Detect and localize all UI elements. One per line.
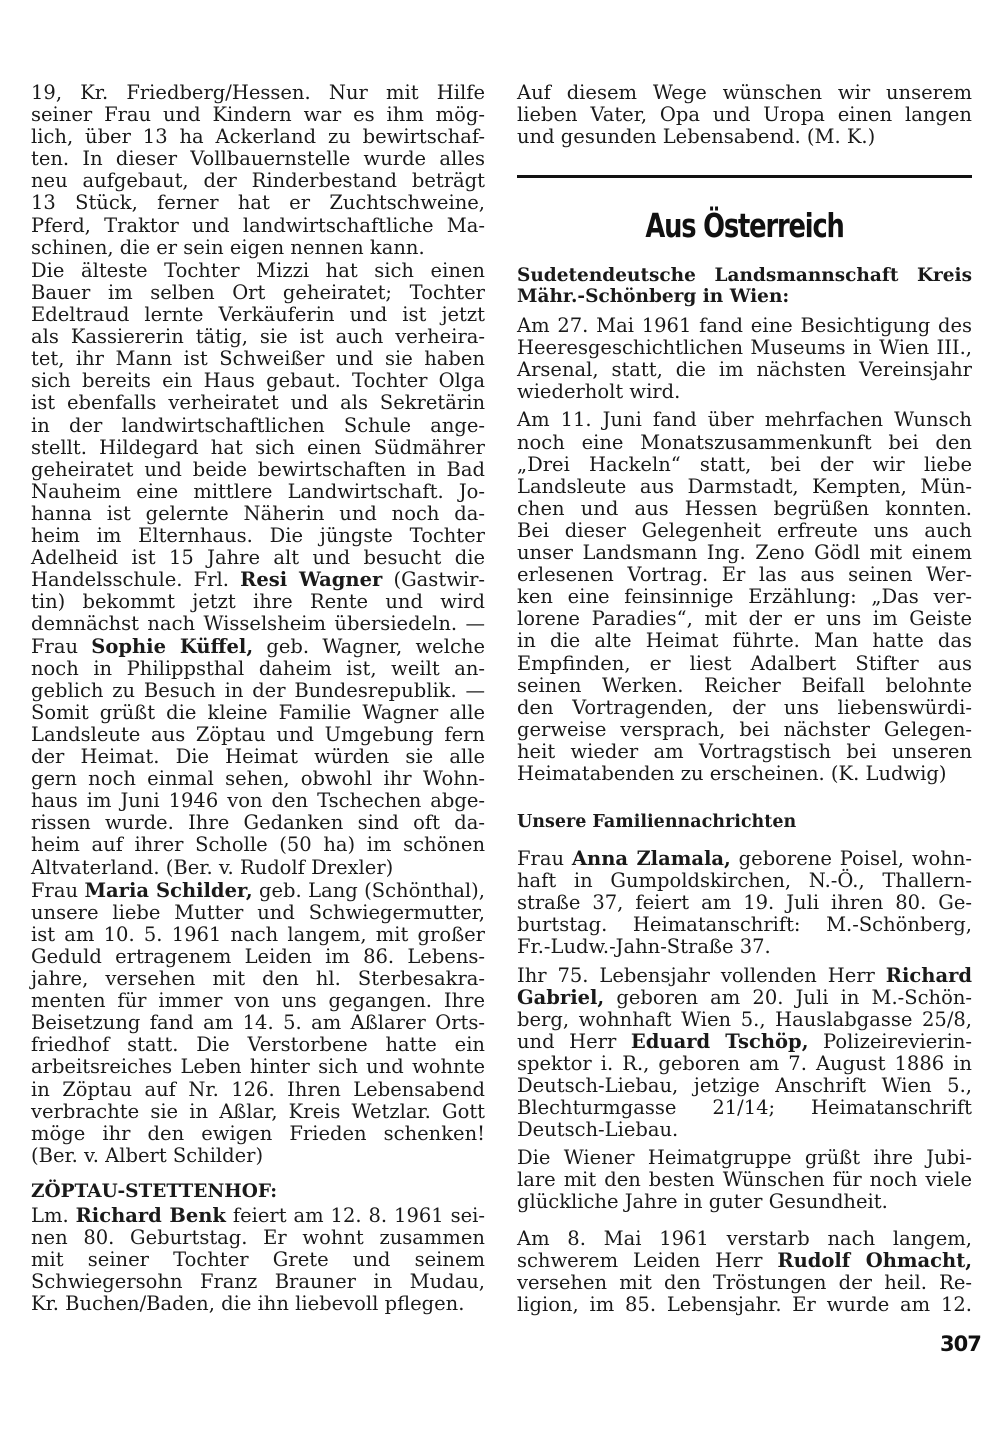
paragraph-line: in die alte Heimat führte. Man hatte das: [517, 630, 972, 652]
paragraph-line: glückliche Jahre in guter Gesundheit.: [517, 1191, 972, 1213]
paragraph-line: heit wieder am Vortragstisch bei unseren: [517, 741, 972, 763]
paragraph-line: tin) bekommt jetzt ihre Rente und wird: [31, 591, 485, 613]
paragraph-line: rissen wurde. Ihre Gedanken sind oft da-: [31, 812, 485, 834]
paragraph-line: lare mit den besten Wünschen für noch vi…: [517, 1169, 972, 1191]
paragraph-line: Geduld ertragenem Leiden im 86. Lebens-: [31, 946, 485, 968]
paragraph-line: Heeresgeschichtlichen Museums in Wien II…: [517, 337, 972, 359]
paragraph-line: unsere liebe Mutter und Schwiegermutter,: [31, 902, 485, 924]
paragraph-line: Nauheim eine mittlere Landwirtschaft. Jo…: [31, 481, 485, 503]
paragraph-line: Kr. Buchen/Baden, die ihn liebevoll pfle…: [31, 1293, 485, 1315]
bold-name: Rudolf Ohmacht,: [777, 1249, 972, 1272]
paragraph-line: Schwiegersohn Franz Brauner in Mudau,: [31, 1271, 485, 1293]
paragraph-line: berg, wohnhaft Wien 5., Hauslabgasse 25/…: [517, 1009, 972, 1031]
paragraph-line: Deutsch-Liebau, jetzige Anschrift Wien 5…: [517, 1075, 972, 1097]
paragraph-line: 13 Stück, ferner hat er Zuchtschweine,: [31, 192, 485, 214]
paragraph-line: Adelheid ist 15 Jahre alt und besucht di…: [31, 547, 485, 569]
bold-name: Richard: [886, 964, 972, 987]
paragraph-line: noch eine Monatszusammenkunft bei den: [517, 432, 972, 454]
paragraph-line: lich, über 13 ha Ackerland zu bewirtscha…: [31, 126, 485, 148]
paragraph-line: tet, ihr Mann ist Schweißer und sie habe…: [31, 348, 485, 370]
paragraph-line: „Drei Hackeln“ statt, bei der wir liebe: [517, 454, 972, 476]
paragraph-line: Frau Sophie Küffel, geb. Wagner, welche: [31, 636, 485, 658]
paragraph-line: Bei dieser Gelegenheit erfreute uns auch: [517, 520, 972, 542]
paragraph-line: den Vortragenden, der uns liebenswürdi-: [517, 697, 972, 719]
paragraph-line: seiner Frau und Kindern war es ihm mög-: [31, 104, 485, 126]
paragraph-line: Somit grüßt die kleine Familie Wagner al…: [31, 702, 485, 724]
section-title: Aus Österreich: [567, 206, 922, 245]
paragraph-line: (Ber. v. Albert Schilder): [31, 1145, 485, 1167]
paragraph-line: schinen, die er sein eigen nennen kann.: [31, 237, 485, 259]
paragraph-line: Am 8. Mai 1961 verstarb nach langem,: [517, 1228, 972, 1250]
bold-name: Maria Schilder,: [84, 879, 252, 902]
paragraph-line: chen und aus Hessen begrüßen konnten.: [517, 498, 972, 520]
paragraph-line: heim auf ihrer Scholle (50 ha) im schöne…: [31, 834, 485, 856]
paragraph-line: Pferd, Traktor und landwirtschaftliche M…: [31, 215, 485, 237]
paragraph-line: Landsleute aus Darmstadt, Kempten, Mün-: [517, 476, 972, 498]
paragraph-line: ken eine feinsinnige Erzählung: „Das ver…: [517, 586, 972, 608]
paragraph-line: möge ihr den ewigen Frieden schenken!: [31, 1123, 485, 1145]
paragraph-line: haus im Juni 1946 von den Tschechen abge…: [31, 790, 485, 812]
paragraph-line: ligion, im 85. Lebensjahr. Er wurde am 1…: [517, 1294, 972, 1316]
paragraph-line: schwerem Leiden Herr Rudolf Ohmacht,: [517, 1250, 972, 1272]
section-divider: [517, 175, 972, 178]
paragraph-line: friedhof statt. Die Verstorbene hatte ei…: [31, 1034, 485, 1056]
paragraph-line: unser Landsmann Ing. Zeno Gödl mit einem: [517, 542, 972, 564]
paragraph-line: ist am 10. 5. 1961 nach langem, mit groß…: [31, 924, 485, 946]
bold-name: Resi Wagner: [240, 568, 382, 591]
paragraph-line: Edeltraud lernte Verkäuferin und ist jet…: [31, 304, 485, 326]
paragraph-line: jahre, versehen mit den hl. Sterbesakra-: [31, 968, 485, 990]
paragraph-line: Die Wiener Heimatgruppe grüßt ihre Jubi-: [517, 1147, 972, 1169]
paragraph-line: neu aufgebaut, der Rinderbestand beträgt: [31, 170, 485, 192]
paragraph-line: menten für immer von uns gegangen. Ihre: [31, 990, 485, 1012]
paragraph-line: Blechturmgasse 21/14; Heimatanschrift: [517, 1097, 972, 1119]
bold-name: Richard Benk: [76, 1204, 226, 1227]
paragraph-line: wiederholt wird.: [517, 381, 972, 403]
paragraph-line: burtstag. Heimatanschrift: M.-Schönberg,: [517, 914, 972, 936]
paragraph-line: ist ebenfalls verheiratet und als Sekret…: [31, 392, 485, 414]
paragraph-line: gerweise versprach, bei nächster Gelegen…: [517, 719, 972, 741]
paragraph-line: verbrachte sie in Aßlar, Kreis Wetzlar. …: [31, 1101, 485, 1123]
paragraph-line: spektor i. R., geboren am 7. August 1886…: [517, 1053, 972, 1075]
bold-name: Gabriel,: [517, 986, 604, 1009]
paragraph-line: mit seiner Tochter Grete und seinem: [31, 1249, 485, 1271]
paragraph-line: Beisetzung fand am 14. 5. am Aßlarer Ort…: [31, 1012, 485, 1034]
paragraph-line: Gabriel, geboren am 20. Juli in M.-Schön…: [517, 987, 972, 1009]
section-heading: ZÖPTAU-STETTENHOF:: [31, 1181, 277, 1203]
paragraph-line: Empfinden, er liest Adalbert Stifter aus: [517, 653, 972, 675]
paragraph-line: der Heimat. Die Heimat würden sie alle: [31, 746, 485, 768]
bold-name: Anna Zlamala,: [572, 847, 731, 870]
paragraph-line: haft in Gumpoldskirchen, N.-Ö., Thallern…: [517, 870, 972, 892]
subheading-line: Sudetendeutsche Landsmannschaft Kreis: [517, 265, 972, 287]
subheading-line: Mähr.-Schönberg in Wien:: [517, 286, 972, 308]
bold-name: Eduard Tschöp,: [631, 1030, 809, 1053]
paragraph-line: sich bereits ein Haus gebaut. Tochter Ol…: [31, 370, 485, 392]
paragraph-line: hanna ist gelernte Näherin und noch da-: [31, 503, 485, 525]
paragraph-line: lieben Vater, Opa und Uropa einen langen: [517, 104, 972, 126]
paragraph-line: Altvaterland. (Ber. v. Rudolf Drexler): [31, 857, 485, 879]
paragraph-line: 19, Kr. Friedberg/Hessen. Nur mit Hilfe: [31, 82, 485, 104]
paragraph-line: gern noch einmal sehen, obwohl ihr Wohn-: [31, 768, 485, 790]
paragraph-line: Landsleute aus Zöptau und Umgebung fern: [31, 724, 485, 746]
paragraph-line: in Zöptau auf Nr. 126. Ihren Lebensabend: [31, 1079, 485, 1101]
page-number: 307: [940, 1332, 981, 1356]
paragraph-line: Fr.-Ludw.-Jahn-Straße 37.: [517, 936, 972, 958]
paragraph-line: geheiratet und beide bewirtschaften in B…: [31, 459, 485, 481]
paragraph-line: Am 11. Juni fand über mehrfachen Wunsch: [517, 409, 972, 431]
paragraph-line: versehen mit den Tröstungen der heil. Re…: [517, 1272, 972, 1294]
paragraph-line: Auf diesem Wege wünschen wir unserem: [517, 82, 972, 104]
paragraph-line: Bauer im selben Ort geheiratet; Tochter: [31, 282, 485, 304]
paragraph-line: in der landwirtschaftlichen Schule ange-: [31, 415, 485, 437]
paragraph-line: und Herr Eduard Tschöp, Polizeirevierin-: [517, 1031, 972, 1053]
paragraph-line: ten. In dieser Vollbauernstelle wurde al…: [31, 148, 485, 170]
paragraph-line: arbeitsreiches Leben hinter sich und woh…: [31, 1056, 485, 1078]
paragraph-line: und gesunden Lebensabend. (M. K.): [517, 126, 972, 148]
paragraph-line: noch in Philippsthal daheim ist, weilt a…: [31, 658, 485, 680]
paragraph-line: Frau Anna Zlamala, geborene Poisel, wohn…: [517, 848, 972, 870]
paragraph-line: Handelsschule. Frl. Resi Wagner (Gastwir…: [31, 569, 485, 591]
paragraph-line: Ihr 75. Lebensjahr vollenden Herr Richar…: [517, 965, 972, 987]
paragraph-line: Am 27. Mai 1961 fand eine Besichtigung d…: [517, 315, 972, 337]
paragraph-line: geblich zu Besuch in der Bundesrepublik.…: [31, 680, 485, 702]
paragraph-line: heim im Elternhaus. Die jüngste Tochter: [31, 525, 485, 547]
paragraph-line: als Kassiererin tätig, sie ist auch verh…: [31, 326, 485, 348]
paragraph-line: nen 80. Geburtstag. Er wohnt zusammen: [31, 1227, 485, 1249]
paragraph-line: seinen Werken. Reicher Beifall belohnte: [517, 675, 972, 697]
family-news-heading: Unsere Familiennachrichten: [517, 811, 796, 833]
bold-name: Sophie Küffel,: [91, 635, 253, 658]
paragraph-line: Frau Maria Schilder, geb. Lang (Schöntha…: [31, 880, 485, 902]
paragraph-line: Lm. Richard Benk feiert am 12. 8. 1961 s…: [31, 1205, 485, 1227]
paragraph-line: Arsenal, statt, die im nächsten Vereinsj…: [517, 359, 972, 381]
paragraph-line: stellt. Hildegard hat sich einen Südmähr…: [31, 437, 485, 459]
paragraph-line: Die älteste Tochter Mizzi hat sich einen: [31, 260, 485, 282]
paragraph-line: Heimatabenden zu erscheinen. (K. Ludwig): [517, 763, 972, 785]
paragraph-line: demnächst nach Wisselsheim übersiedeln. …: [31, 613, 485, 635]
paragraph-line: lorene Paradies“, mit der er uns im Geis…: [517, 608, 972, 630]
paragraph-line: Deutsch-Liebau.: [517, 1119, 972, 1141]
paragraph-line: erlesenen Vortrag. Er las aus seinen Wer…: [517, 564, 972, 586]
paragraph-line: straße 37, feiert am 19. Juli ihren 80. …: [517, 892, 972, 914]
